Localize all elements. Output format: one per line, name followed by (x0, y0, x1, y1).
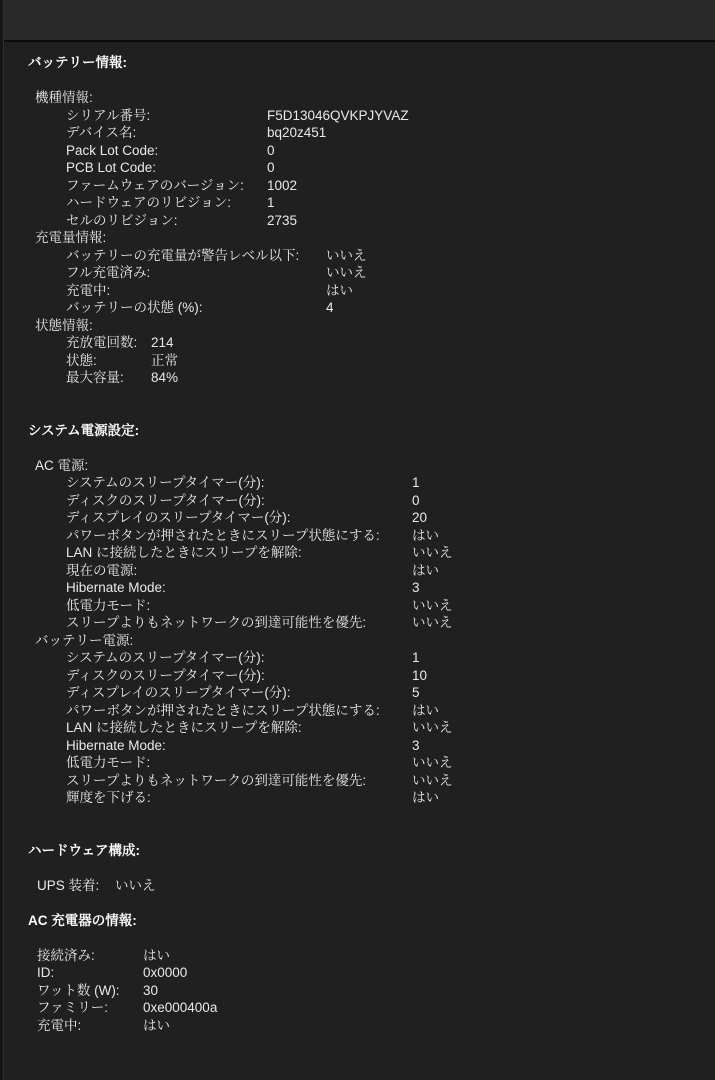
info-row: セルのリビジョン:2735 (0, 212, 715, 230)
info-row: Hibernate Mode:3 (0, 737, 715, 755)
row-value: はい (143, 1017, 170, 1035)
row-value: 2735 (267, 212, 297, 230)
row-label: ディスプレイのスリープタイマー(分): (66, 684, 412, 702)
row-value: 0 (267, 142, 275, 160)
row-value: 214 (151, 334, 174, 352)
row-label: 現在の電源: (66, 562, 412, 580)
row-value: いいえ (115, 877, 156, 895)
info-row: フル充電済み:いいえ (0, 264, 715, 282)
group-title: 機種情報: (0, 89, 715, 107)
section-title: バッテリー情報: (0, 54, 715, 72)
info-row: 輝度を下げる:はい (0, 789, 715, 807)
row-value: 1 (412, 474, 420, 492)
row-label: 充電中: (66, 282, 326, 300)
row-value: はい (412, 702, 439, 720)
info-row: ディスクのスリープタイマー(分):10 (0, 667, 715, 685)
row-value: 4 (326, 299, 334, 317)
row-label: システムのスリープタイマー(分): (66, 649, 412, 667)
info-row: バッテリーの状態 (%):4 (0, 299, 715, 317)
info-row: 低電力モード:いいえ (0, 754, 715, 772)
row-label: ディスクのスリープタイマー(分): (66, 667, 412, 685)
row-label: 低電力モード: (66, 597, 412, 615)
info-row: スリープよりもネットワークの到達可能性を優先:いいえ (0, 614, 715, 632)
row-label: 最大容量: (66, 369, 151, 387)
info-row: Hibernate Mode:3 (0, 579, 715, 597)
row-label: Hibernate Mode: (66, 579, 412, 597)
info-row: ファームウェアのバージョン:1002 (0, 177, 715, 195)
row-label: フル充電済み: (66, 264, 326, 282)
row-label: AC 電源: (35, 457, 88, 475)
row-label: ハードウェア構成: (28, 842, 140, 860)
row-label: 機種情報: (35, 89, 93, 107)
row-label: バッテリー情報: (28, 54, 127, 72)
row-value: 30 (143, 982, 158, 1000)
info-row: 最大容量:84% (0, 369, 715, 387)
info-row: ディスプレイのスリープタイマー(分):5 (0, 684, 715, 702)
row-value: 正常 (151, 352, 178, 370)
row-label: ディスプレイのスリープタイマー(分): (66, 509, 412, 527)
row-label: Hibernate Mode: (66, 737, 412, 755)
blank-line (0, 894, 715, 912)
row-label: ワット数 (W): (37, 982, 143, 1000)
row-value: 3 (412, 737, 420, 755)
section-title: ハードウェア構成: (0, 842, 715, 860)
row-label: セルのリビジョン: (66, 212, 267, 230)
row-value: 20 (412, 509, 427, 527)
info-row: 低電力モード:いいえ (0, 597, 715, 615)
row-label: PCB Lot Code: (66, 159, 267, 177)
row-label: 状態情報: (35, 317, 93, 335)
row-value: いいえ (326, 247, 367, 265)
group-title: AC 電源: (0, 457, 715, 475)
row-value: いいえ (326, 264, 367, 282)
group-title: 状態情報: (0, 317, 715, 335)
info-row: バッテリーの充電量が警告レベル以下:いいえ (0, 247, 715, 265)
row-label: システム電源設定: (28, 422, 139, 440)
info-row: Pack Lot Code:0 (0, 142, 715, 160)
row-value: はい (326, 282, 353, 300)
row-label: 接続済み: (37, 947, 143, 965)
row-value: いいえ (412, 597, 453, 615)
row-label: ファミリー: (37, 999, 143, 1017)
blank-line (0, 859, 715, 877)
row-label: 輝度を下げる: (66, 789, 412, 807)
row-value: はい (412, 562, 439, 580)
row-label: 充電中: (37, 1017, 143, 1035)
group-title: 充電量情報: (0, 229, 715, 247)
info-row: パワーボタンが押されたときにスリープ状態にする:はい (0, 702, 715, 720)
row-label: AC 充電器の情報: (28, 912, 137, 930)
info-row: PCB Lot Code:0 (0, 159, 715, 177)
info-row: ワット数 (W):30 (0, 982, 715, 1000)
toolbar-area (0, 0, 715, 42)
row-value: 10 (412, 667, 427, 685)
info-row: システムのスリープタイマー(分):1 (0, 474, 715, 492)
row-label: スリープよりもネットワークの到達可能性を優先: (66, 772, 412, 790)
row-label: ハードウェアのリビジョン: (66, 194, 267, 212)
row-label: ファームウェアのバージョン: (66, 177, 267, 195)
info-row: 充放電回数:214 (0, 334, 715, 352)
info-row: LAN に接続したときにスリープを解除:いいえ (0, 544, 715, 562)
row-value: いいえ (412, 772, 453, 790)
row-value: 0 (267, 159, 275, 177)
info-row: ディスプレイのスリープタイマー(分):20 (0, 509, 715, 527)
blank-line (0, 824, 715, 842)
row-value: はい (143, 947, 170, 965)
row-label: システムのスリープタイマー(分): (66, 474, 412, 492)
row-value: はい (412, 789, 439, 807)
blank-line (0, 72, 715, 90)
row-label: バッテリー電源: (35, 632, 133, 650)
info-row: ハードウェアのリビジョン:1 (0, 194, 715, 212)
info-row: デバイス名:bq20z451 (0, 124, 715, 142)
window-left-edge (0, 0, 4, 1080)
row-label: LAN に接続したときにスリープを解除: (66, 544, 412, 562)
row-value: はい (412, 527, 439, 545)
info-row: ID:0x0000 (0, 964, 715, 982)
row-value: 84% (151, 369, 178, 387)
row-value: いいえ (412, 754, 453, 772)
info-row: UPS 装着:いいえ (0, 877, 715, 895)
info-row: シリアル番号:F5D13046QVKPJYVAZ (0, 107, 715, 125)
row-label: UPS 装着: (37, 877, 115, 895)
row-label: ディスクのスリープタイマー(分): (66, 492, 412, 510)
row-label: 低電力モード: (66, 754, 412, 772)
info-row: ディスクのスリープタイマー(分):0 (0, 492, 715, 510)
row-label: パワーボタンが押されたときにスリープ状態にする: (66, 527, 412, 545)
blank-line (0, 807, 715, 825)
row-label: バッテリーの状態 (%): (66, 299, 326, 317)
group-title: バッテリー電源: (0, 632, 715, 650)
row-label: 充放電回数: (66, 334, 151, 352)
section-title: システム電源設定: (0, 422, 715, 440)
blank-line (0, 929, 715, 947)
info-row: 現在の電源:はい (0, 562, 715, 580)
info-row: 接続済み:はい (0, 947, 715, 965)
info-row: ファミリー:0xe000400a (0, 999, 715, 1017)
row-value: 1 (412, 649, 420, 667)
row-label: デバイス名: (66, 124, 267, 142)
info-row: システムのスリープタイマー(分):1 (0, 649, 715, 667)
row-label: 状態: (66, 352, 151, 370)
blank-line (0, 404, 715, 422)
row-label: LAN に接続したときにスリープを解除: (66, 719, 412, 737)
row-label: パワーボタンが押されたときにスリープ状態にする: (66, 702, 412, 720)
row-value: F5D13046QVKPJYVAZ (267, 107, 409, 125)
info-row: スリープよりもネットワークの到達可能性を優先:いいえ (0, 772, 715, 790)
row-value: 0x0000 (143, 964, 187, 982)
row-value: 1 (267, 194, 275, 212)
row-value: 3 (412, 579, 420, 597)
row-label: ID: (37, 964, 143, 982)
row-value: 5 (412, 684, 420, 702)
section-title: AC 充電器の情報: (0, 912, 715, 930)
row-value: 1002 (267, 177, 297, 195)
row-label: Pack Lot Code: (66, 142, 267, 160)
row-value: いいえ (412, 544, 453, 562)
row-value: 0xe000400a (143, 999, 217, 1017)
row-value: bq20z451 (267, 124, 326, 142)
row-label: スリープよりもネットワークの到達可能性を優先: (66, 614, 412, 632)
blank-line (0, 439, 715, 457)
row-value: 0 (412, 492, 420, 510)
info-row: 充電中:はい (0, 282, 715, 300)
row-value: いいえ (412, 719, 453, 737)
row-label: バッテリーの充電量が警告レベル以下: (66, 247, 326, 265)
row-label: 充電量情報: (35, 229, 106, 247)
info-row: 状態:正常 (0, 352, 715, 370)
blank-line (0, 387, 715, 405)
info-row: 充電中:はい (0, 1017, 715, 1035)
power-report: バッテリー情報: 機種情報:シリアル番号:F5D13046QVKPJYVAZデバ… (0, 42, 715, 1080)
row-value: いいえ (412, 614, 453, 632)
info-row: LAN に接続したときにスリープを解除:いいえ (0, 719, 715, 737)
info-row: パワーボタンが押されたときにスリープ状態にする:はい (0, 527, 715, 545)
row-label: シリアル番号: (66, 107, 267, 125)
